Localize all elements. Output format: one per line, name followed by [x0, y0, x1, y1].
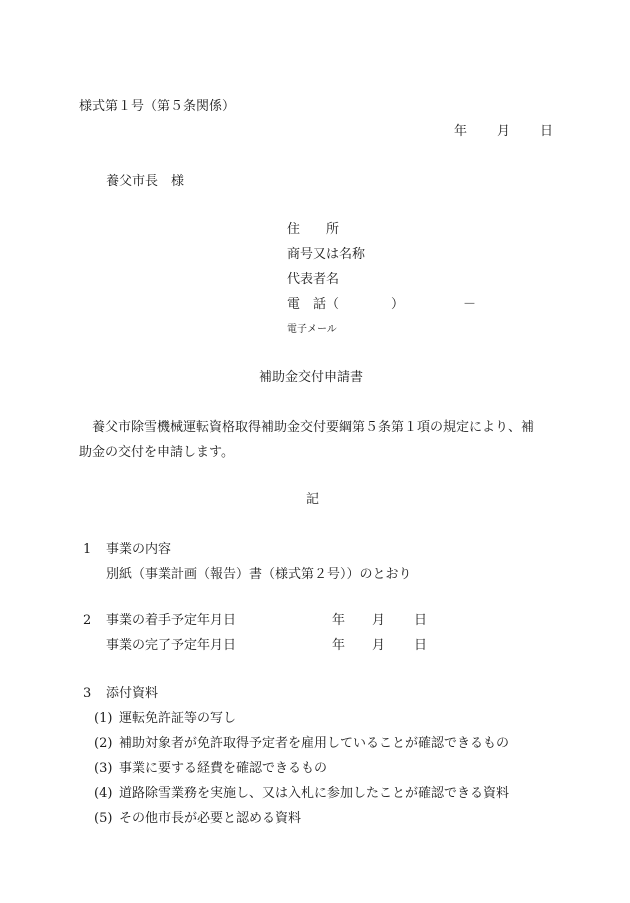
- attachment-3-number: (3): [94, 761, 112, 777]
- body-line-1: 養父市除雪機械運転資格取得補助金交付要綱第５条第１項の規定により、補: [92, 420, 534, 436]
- attachment-4-text: 道路除雪業務を実施し、又は入札に参加したことが確認できる資料: [119, 786, 509, 802]
- date-day: 日: [540, 124, 553, 140]
- company-name-label: 商号又は名称: [287, 247, 365, 263]
- attachment-2-text: 補助対象者が免許取得予定者を雇用していることが確認できるもの: [119, 736, 509, 752]
- start-date-label: 事業の着手予定年月日: [106, 613, 236, 629]
- end-date-label: 事業の完了予定年月日: [106, 638, 236, 654]
- document-title: 補助金交付申請書: [259, 370, 363, 386]
- phone-dash: －: [463, 297, 476, 313]
- form-number: 様式第１号（第５条関係）: [79, 99, 235, 115]
- start-day: 日: [414, 613, 427, 629]
- date-month: 月: [497, 124, 510, 140]
- section-3-heading: 添付資料: [106, 686, 158, 702]
- section-2-number: 2: [83, 613, 91, 629]
- date-year: 年: [454, 124, 467, 140]
- attachment-4-number: (4): [94, 786, 112, 802]
- addressee: 養父市長 様: [106, 174, 184, 190]
- end-year: 年: [332, 638, 345, 654]
- attachment-1-number: (1): [94, 711, 112, 727]
- representative-label: 代表者名: [287, 272, 339, 288]
- body-line-2: 助金の交付を申請します。: [79, 445, 234, 461]
- start-month: 月: [372, 613, 385, 629]
- start-year: 年: [332, 613, 345, 629]
- section-3-number: 3: [83, 686, 91, 702]
- section-1-heading: 事業の内容: [106, 542, 171, 558]
- attachment-3-text: 事業に要する経費を確認できるもの: [119, 761, 327, 777]
- ki-heading: 記: [306, 492, 319, 508]
- attachment-1-text: 運転免許証等の写し: [119, 711, 236, 727]
- attachment-2-number: (2): [94, 736, 112, 752]
- section-1-detail: 別紙（事業計画（報告）書（様式第２号））のとおり: [106, 567, 412, 583]
- section-1-number: 1: [83, 542, 91, 558]
- attachment-5-text: その他市長が必要と認める資料: [119, 811, 301, 827]
- attachment-5-number: (5): [94, 811, 112, 827]
- end-month: 月: [372, 638, 385, 654]
- phone-label: 電 話（ ）: [287, 297, 404, 313]
- end-day: 日: [414, 638, 427, 654]
- email-label: 電子メール: [287, 322, 337, 338]
- address-label: 住 所: [287, 222, 339, 238]
